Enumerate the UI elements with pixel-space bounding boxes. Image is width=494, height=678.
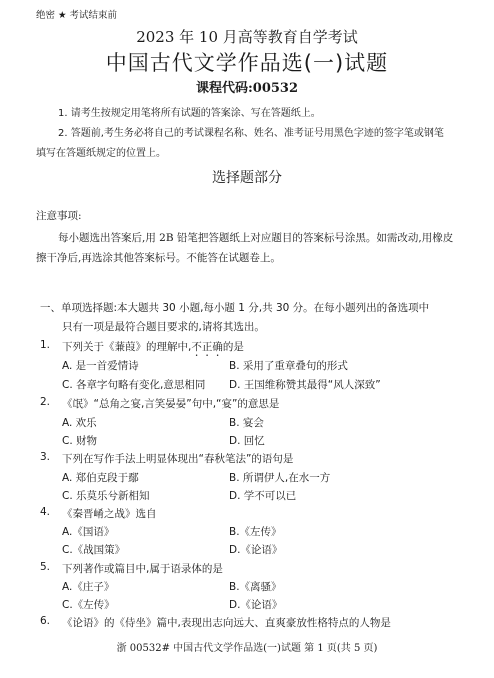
- option-a: A. 欢乐: [62, 415, 97, 430]
- option-d: D.《论语》: [229, 597, 282, 612]
- page-footer: 浙 00532# 中国古代文学作品选(一)试题 第 1 页(共 5 页): [0, 639, 494, 654]
- option-c: C.《战国策》: [62, 542, 125, 557]
- option-a: A.《国语》: [62, 524, 114, 539]
- option-c: C. 乐莫乐兮新相知: [62, 488, 150, 503]
- question-text: 下列著作或篇目中,属于语录体的是: [62, 561, 223, 576]
- option-b: B. 所谓伊人,在水一方: [229, 470, 330, 485]
- question-text: 下列在写作手法上明显体现出“春秋笔法”的语句是: [62, 451, 293, 466]
- notes-line-1: 每小题选出答案后,用 2B 铅笔把答题纸上对应题目的答案标号涂黑。如需改动,用橡…: [58, 230, 453, 245]
- section-title: 选择题部分: [0, 167, 494, 187]
- option-c: C.《左传》: [62, 597, 115, 612]
- emphasized-text: 不正确: [191, 341, 223, 353]
- notes-label: 注意事项:: [36, 208, 82, 223]
- option-a: A. 是一首爱情诗: [62, 358, 139, 373]
- option-d: D. 学不可以已: [229, 488, 296, 503]
- option-d: D. 回忆: [229, 433, 265, 448]
- page-title: 中国古代文学作品选(一)试题: [0, 47, 494, 77]
- question-text: 下列关于《蒹葭》的理解中,不正确的是: [62, 339, 244, 359]
- course-code: 课程代码:00532: [0, 77, 494, 96]
- instruction-2: 2. 答题前,考生务必将自己的考试课程名称、姓名、准考证号用黑色字迹的签字笔或钢…: [58, 124, 444, 139]
- question-text: 《氓》“总角之宴,言笑晏晏”句中,“宴”的意思是: [62, 396, 279, 411]
- question-number: 5.: [40, 561, 50, 573]
- option-b: B.《左传》: [229, 524, 282, 539]
- question-text-part: 的是: [223, 341, 244, 353]
- option-a: A. 郑伯克段于鄢: [62, 470, 139, 485]
- exam-session: 2023 年 10 月高等教育自学考试: [0, 26, 494, 47]
- part-one-header-cont: 只有一项是最符合题目要求的,请将其选出。: [62, 319, 265, 334]
- option-b: B. 宴会: [229, 415, 264, 430]
- option-d: D.《论语》: [229, 542, 282, 557]
- part-one-header: 一、单项选择题:本大题共 30 小题,每小题 1 分,共 30 分。在每小题列出…: [40, 300, 429, 315]
- confidential-label: 绝密 ★ 考试结束前: [36, 7, 117, 21]
- question-text-part: 下列关于《蒹葭》的理解中,: [62, 341, 191, 353]
- notes-line-2: 擦干净后,再选涂其他答案标号。不能答在试题卷上。: [36, 250, 281, 265]
- option-d: D. 王国维称赞其最得“风人深致”: [229, 377, 381, 392]
- option-a: A.《庄子》: [62, 579, 114, 594]
- instruction-2-cont: 填写在答题纸规定的位置上。: [36, 144, 166, 159]
- question-text: 《论语》的《侍坐》篇中,表现出志向远大、直爽豪放性格特点的人物是: [62, 615, 391, 630]
- question-number: 3.: [40, 451, 50, 463]
- option-b: B.《离骚》: [229, 579, 282, 594]
- option-b: B. 采用了重章叠句的形式: [229, 358, 348, 373]
- option-c: C. 财物: [62, 433, 97, 448]
- question-number: 4.: [40, 506, 50, 518]
- option-c: C. 各章字句略有变化,意思相同: [62, 377, 205, 392]
- question-number: 6.: [40, 615, 50, 627]
- question-number: 1.: [40, 339, 50, 351]
- question-text: 《秦晋崤之战》选自: [62, 506, 157, 521]
- instruction-1: 1. 请考生按规定用笔将所有试题的答案涂、写在答题纸上。: [58, 104, 321, 119]
- question-number: 2.: [40, 396, 50, 408]
